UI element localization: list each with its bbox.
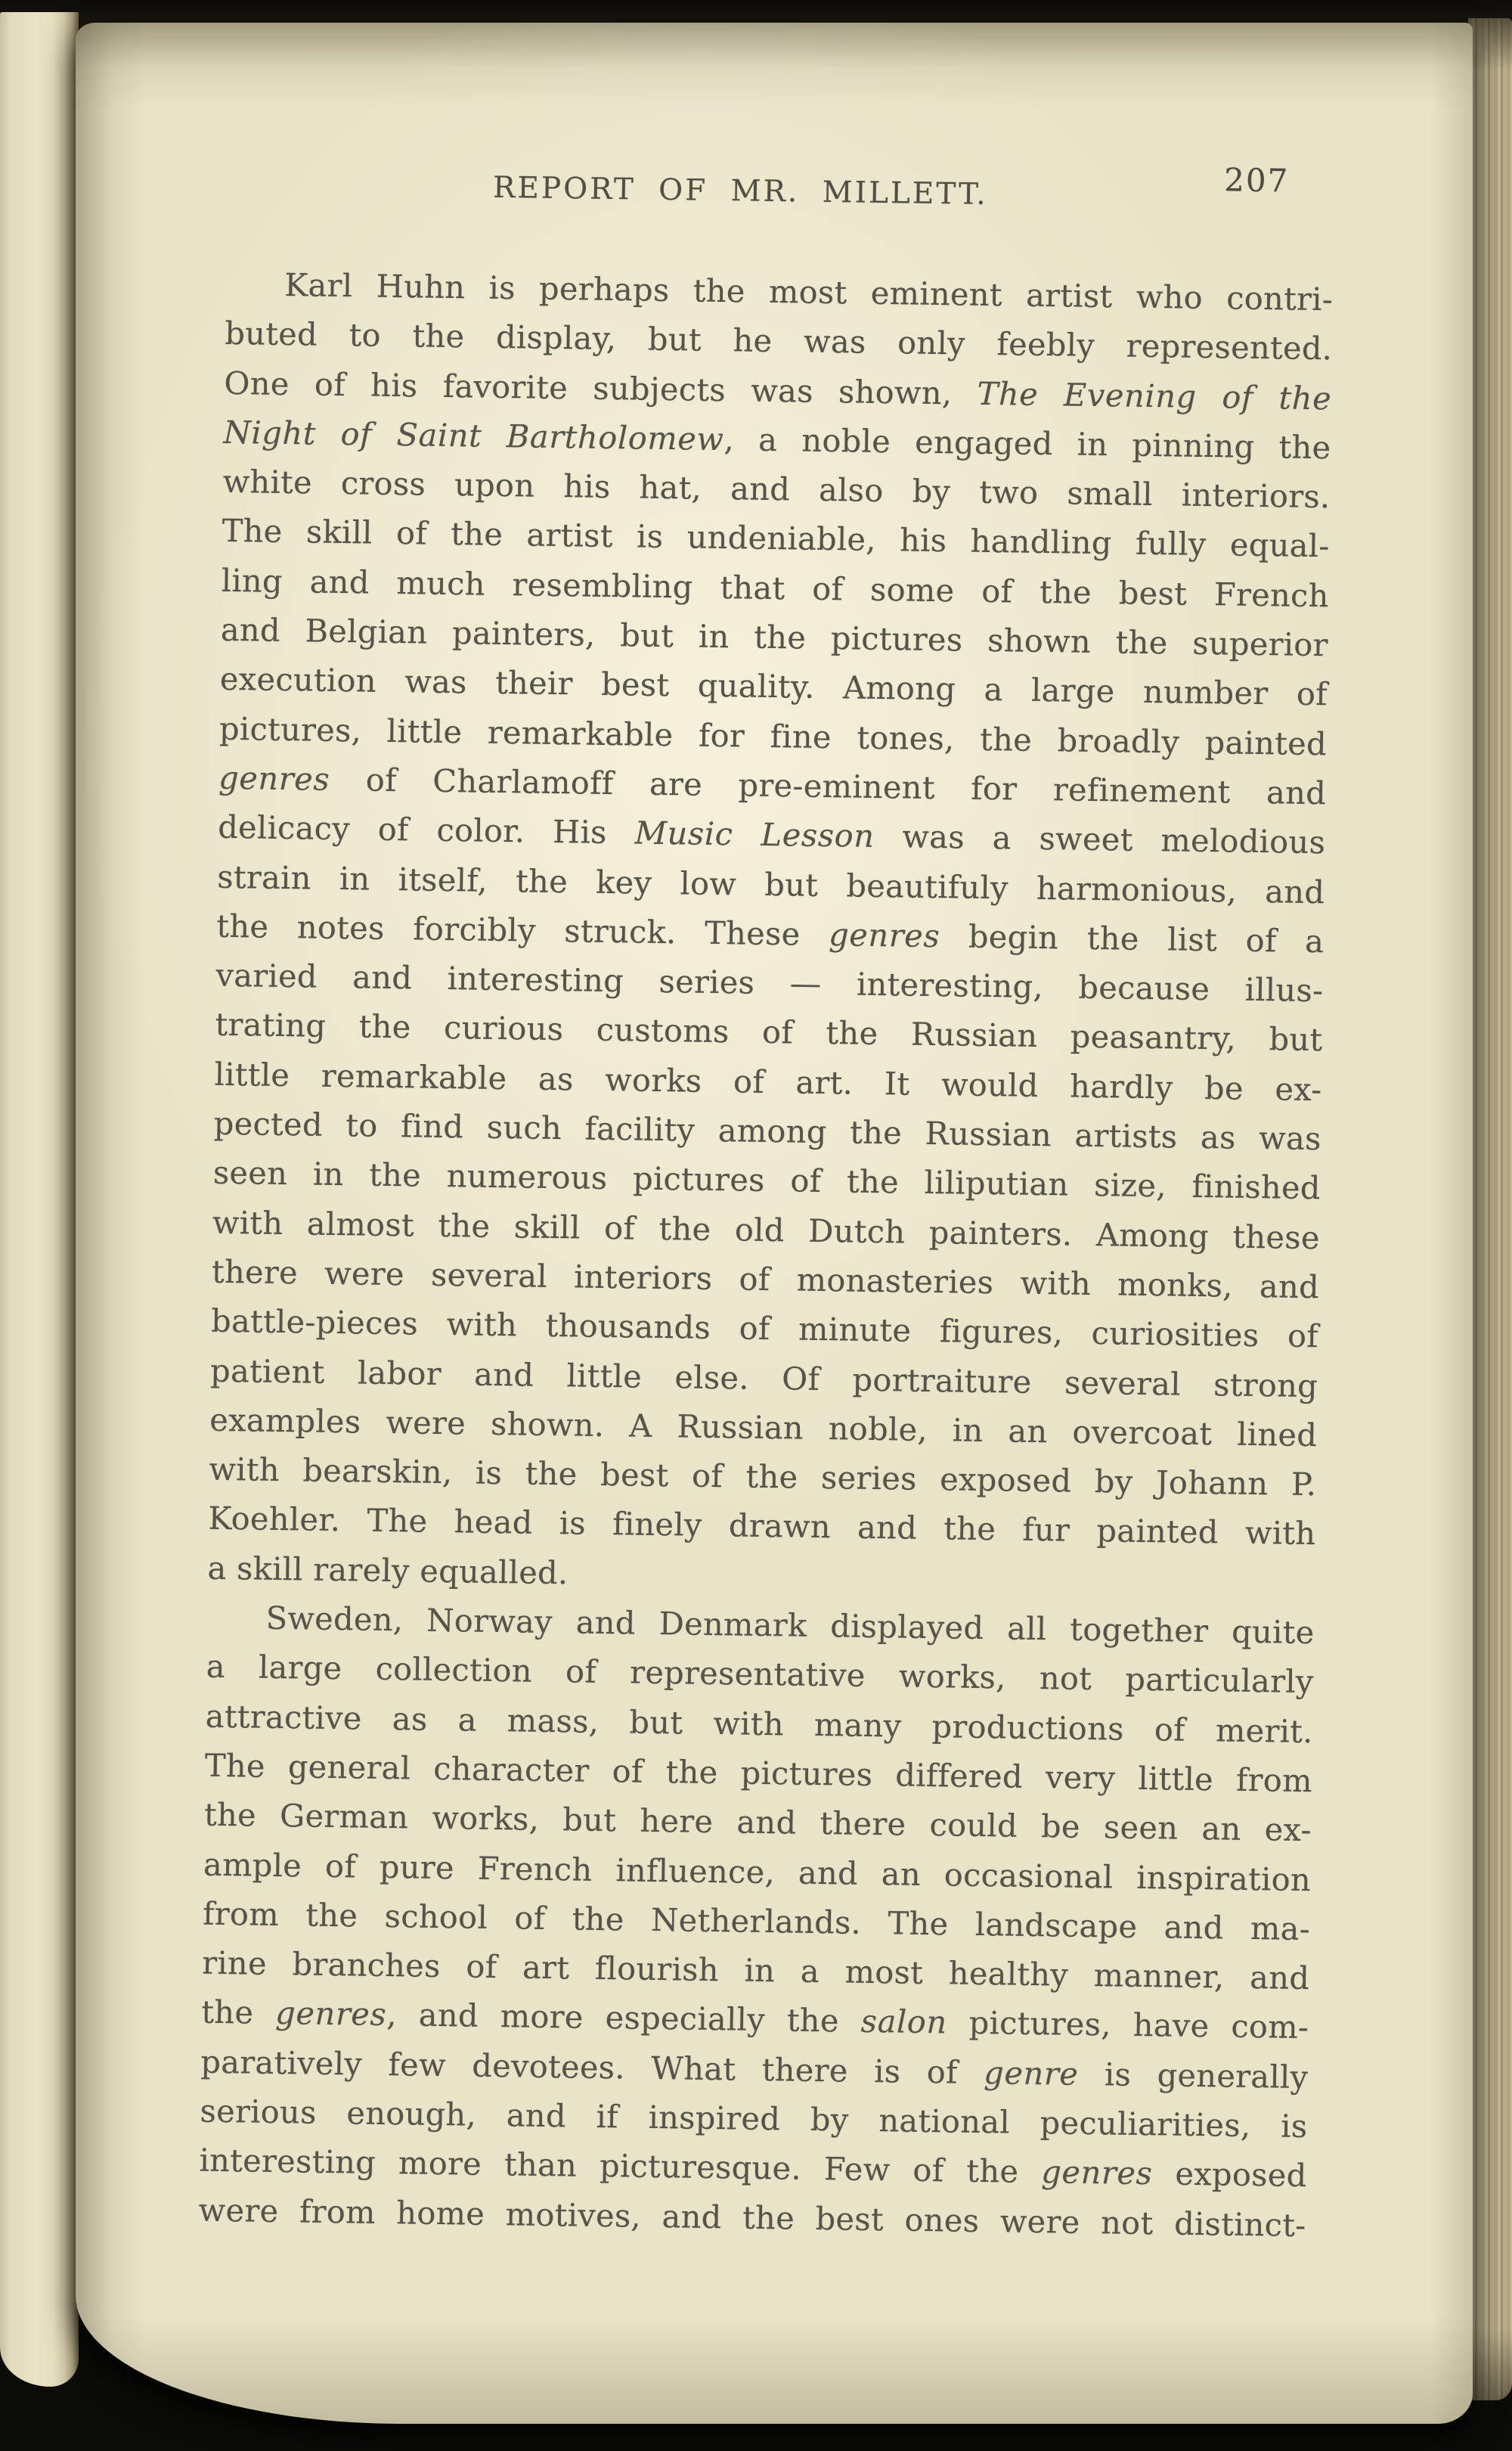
scanned-book-photo: REPORT OF MR. MILLETT. 207 Karl Huhn is … — [0, 0, 1512, 2451]
page-body: Karl Huhn is perhaps the most eminent ar… — [198, 259, 1333, 2250]
page-text-layer: REPORT OF MR. MILLETT. 207 Karl Huhn is … — [197, 147, 1334, 2295]
facing-page-gutter-edge — [0, 12, 79, 2387]
page-number: 207 — [1224, 161, 1290, 199]
running-head: REPORT OF MR. MILLETT. — [493, 171, 988, 212]
fore-edge-page-stack — [1468, 18, 1512, 2400]
